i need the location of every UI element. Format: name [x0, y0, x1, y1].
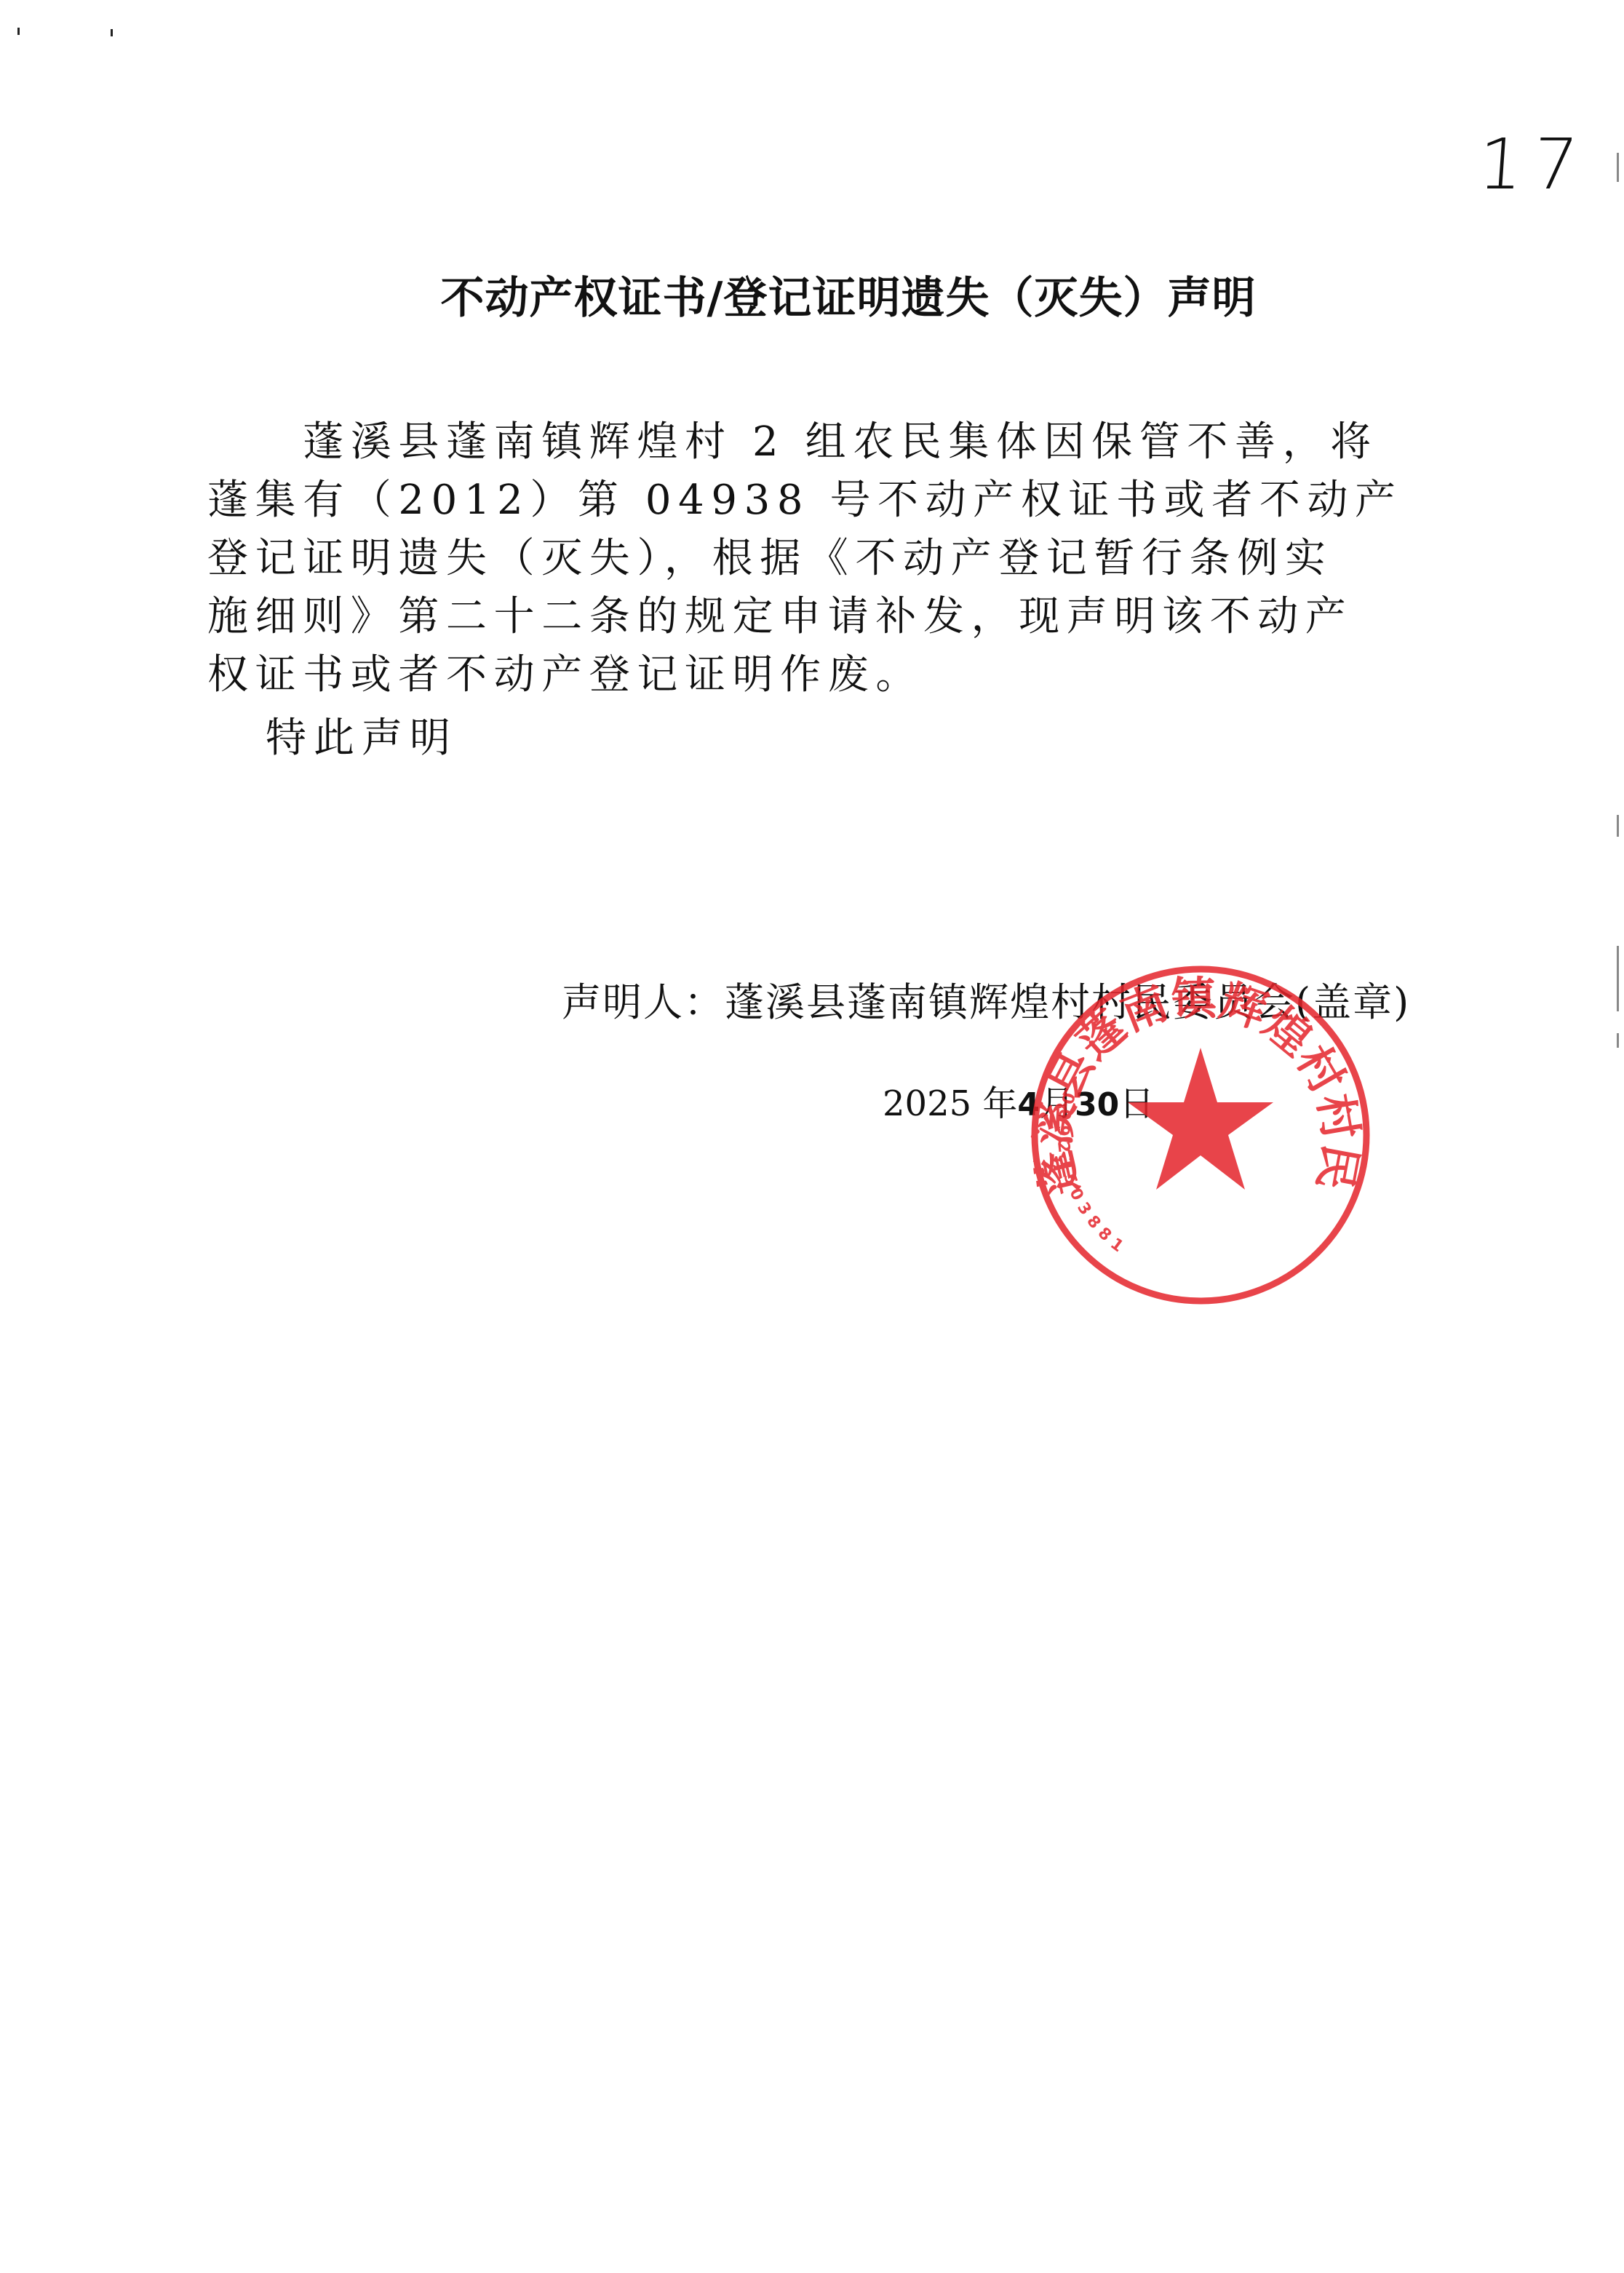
official-red-seal: 蓬溪县蓬南镇辉煌村村民委员会 00921503881	[1022, 960, 1379, 1310]
body-line: 蓬集有（2012）第 04938 号不动产权证书或者不动产	[207, 471, 1470, 530]
declaration-body: 蓬溪县蓬南镇辉煌村 2 组农民集体因保管不善，将 蓬集有（2012）第 0493…	[207, 413, 1470, 704]
document-title: 不动产权证书/登记证明遗失（灭失）声明	[0, 263, 1624, 326]
date-year-suffix: 年	[971, 1083, 1017, 1124]
scan-artifact-mark	[17, 28, 20, 35]
handwritten-page-number: 17	[1476, 124, 1591, 205]
body-line: 施细则》第二十二条的规定申请补发，现声明该不动产	[207, 588, 1470, 646]
body-line: 登记证明遗失（灭失），根据《不动产登记暂行条例实	[207, 530, 1470, 588]
body-line: 权证书或者不动产登记证明作废。	[207, 646, 1470, 704]
scanned-document-page: 17 不动产权证书/登记证明遗失（灭失）声明 蓬溪县蓬南镇辉煌村 2 组农民集体…	[0, 0, 1624, 2273]
body-line: 蓬溪县蓬南镇辉煌村 2 组农民集体因保管不善，将	[207, 413, 1470, 471]
star-icon	[1128, 1048, 1273, 1190]
scan-edge-specks	[1617, 1033, 1619, 1048]
scan-edge-specks	[1617, 153, 1619, 182]
scan-edge-specks	[1617, 815, 1619, 837]
closing-phrase: 特此声明	[266, 706, 458, 764]
scan-edge-specks	[1617, 946, 1619, 1011]
date-year: 2025	[883, 1083, 971, 1124]
scan-artifact-mark	[111, 29, 113, 36]
